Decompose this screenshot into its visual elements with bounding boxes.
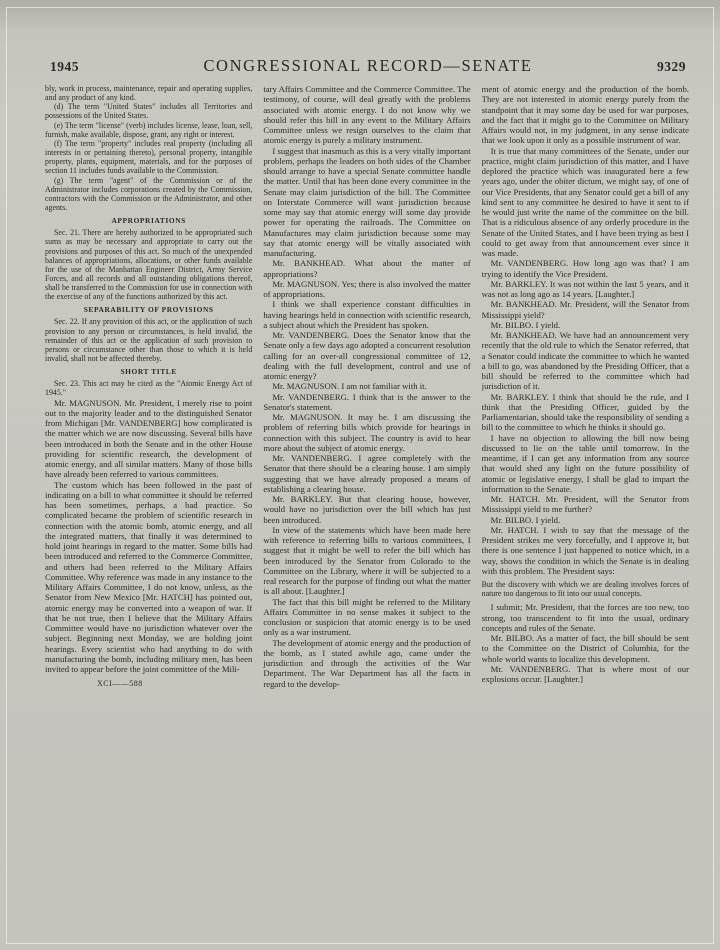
column-2: tary Affairs Committee and the Commerce … [263,84,470,928]
paragraph: (d) The term "United States" includes al… [45,102,252,120]
paragraph: (g) The term "agent" of the Commission o… [45,176,252,213]
section-heading: SEPARABILITY OF PROVISIONS [45,305,252,314]
paragraph: I submit; Mr. President, that the forces… [482,602,689,633]
paragraph: Mr. MAGNUSON. It may be. I am discussing… [263,412,470,453]
paragraph: Mr. VANDENBERG. How long ago was that? I… [482,258,689,279]
paragraph: tary Affairs Committee and the Commerce … [263,84,470,146]
text-columns: bly, work in process, maintenance, repai… [45,84,689,928]
paragraph: Mr. HATCH. Mr. President, will the Senat… [482,494,689,515]
scanned-document-page: 1945 CONGRESSIONAL RECORD—SENATE 9329 bl… [0,0,720,950]
page-number: 9329 [657,59,686,75]
paragraph: Mr. BANKHEAD. Mr. President, will the Se… [482,299,689,320]
paragraph: In view of the statements which have bee… [263,525,470,597]
paragraph: But the discovery with which we are deal… [482,580,689,598]
paragraph: Sec. 21. There are hereby authorized to … [45,228,252,301]
column-1: bly, work in process, maintenance, repai… [45,84,252,928]
paragraph: Mr. MAGNUSON. Yes; there is also involve… [263,279,470,300]
paragraph: (f) The term "property" includes real pr… [45,139,252,176]
paragraph: Mr. MAGNUSON. Mr. President, I merely ri… [45,398,252,480]
paragraph: Mr. BILBO. I yield. [482,320,689,330]
paragraph: Mr. HATCH. I wish to say that the messag… [482,525,689,576]
volume-signature-mark: XCI——588 [97,679,252,688]
paragraph: Mr. BILBO. I yield. [482,515,689,525]
running-header: 1945 CONGRESSIONAL RECORD—SENATE 9329 [50,56,686,76]
paragraph: Sec. 23. This act may be cited as the "A… [45,379,252,397]
section-heading: SHORT TITLE [45,367,252,376]
paragraph: (e) The term "license" (verb) includes l… [45,121,252,139]
paragraph: Mr. VANDENBERG. I agree completely with … [263,453,470,494]
paragraph: Mr. BARKLEY. It was not within the last … [482,279,689,300]
paragraph: Mr. BANKHEAD. We have had an announcemen… [482,330,689,392]
paragraph: Sec. 22. If any provision of this act, o… [45,317,252,363]
paragraph: Mr. BANKHEAD. What about the matter of a… [263,258,470,279]
paragraph: Mr. MAGNUSON. I am not familiar with it. [263,381,470,391]
paragraph: Mr. BARKLEY. But that clearing house, ho… [263,494,470,525]
paragraph: I think we shall experience constant dif… [263,299,470,330]
paragraph: I suggest that inasmuch as this is a ver… [263,146,470,259]
paragraph: Mr. BILBO. As a matter of fact, the bill… [482,633,689,664]
paragraph: I have no objection to allowing the bill… [482,433,689,495]
paragraph: The development of atomic energy and the… [263,638,470,689]
page-title: CONGRESSIONAL RECORD—SENATE [203,56,532,77]
paragraph: Mr. BARKLEY. I think that should be the … [482,392,689,433]
column-3: ment of atomic energy and the production… [482,84,689,928]
paragraph: The fact that this bill might be referre… [263,597,470,638]
section-heading: APPROPRIATIONS [45,216,252,225]
year-label: 1945 [50,59,79,75]
paragraph: Mr. VANDENBERG. Does the Senator know th… [263,330,470,381]
paragraph: The custom which has been followed in th… [45,480,252,675]
paragraph: Mr. VANDENBERG. I think that is the answ… [263,392,470,413]
paragraph: bly, work in process, maintenance, repai… [45,84,252,102]
paragraph: ment of atomic energy and the production… [482,84,689,146]
paragraph: It is true that many committees of the S… [482,146,689,259]
paragraph: Mr. VANDENBERG. That is where most of ou… [482,664,689,685]
